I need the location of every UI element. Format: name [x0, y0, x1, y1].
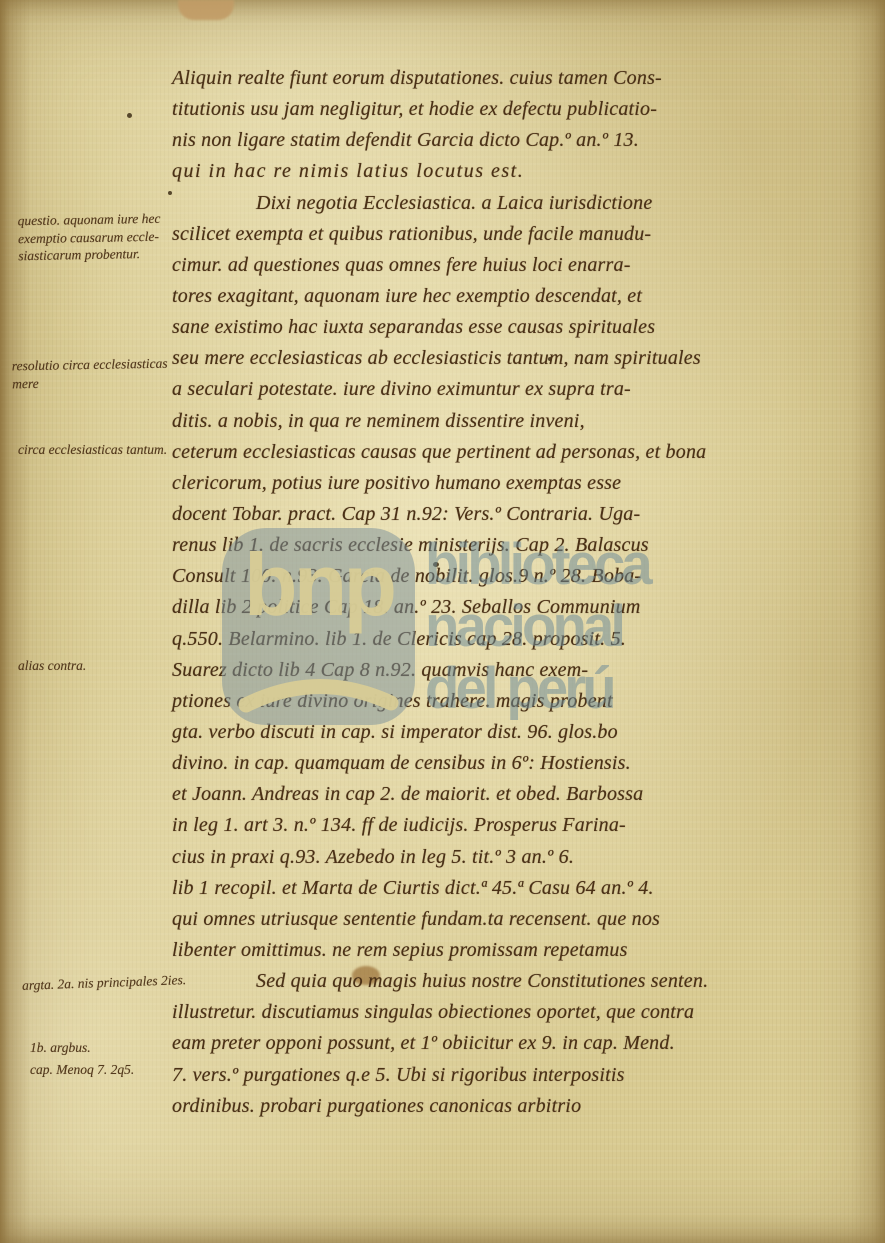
margin-note-questio: questio. aquonam iure hec exemptio causa…	[18, 210, 162, 265]
manuscript-line: ceterum ecclesiasticas causas que pertin…	[172, 437, 862, 468]
margin-note-circa: circa ecclesiasticas tantum.	[18, 441, 167, 459]
margin-note-argumenta: argta. 2a. nis principales 2ies.	[22, 971, 187, 994]
manuscript-line: a seculari potestate. iure divino eximun…	[172, 374, 862, 405]
manuscript-text-block: Aliquin realte fiunt eorum disputationes…	[172, 63, 862, 1122]
manuscript-line: renus lib 1. de sacris ecclesie minister…	[172, 530, 862, 561]
margin-note-line: mere	[12, 372, 168, 392]
manuscript-line: Suarez dicto lib 4 Cap 8 n.92. quamvis h…	[172, 655, 862, 686]
ink-speck	[127, 113, 132, 118]
margin-note-line: 1b. argbus.	[30, 1037, 134, 1059]
manuscript-line: scilicet exempta et quibus rationibus, u…	[172, 219, 862, 250]
manuscript-line: Sed quia quo magis huius nostre Constitu…	[172, 966, 862, 997]
margin-note-line: alias contra.	[18, 657, 86, 675]
manuscript-line: Aliquin realte fiunt eorum disputationes…	[172, 63, 862, 94]
manuscript-line: qui in hac re nimis latius locutus est.	[172, 156, 862, 187]
manuscript-line: 7. vers.º purgationes q.e 5. Ubi si rigo…	[172, 1060, 862, 1091]
manuscript-line: illustretur. discutiamus singulas obiect…	[172, 997, 862, 1028]
manuscript-line: sane existimo hac iuxta separandas esse …	[172, 312, 862, 343]
manuscript-line: clericorum, potius iure positivo humano …	[172, 468, 862, 499]
manuscript-line: docent Tobar. pract. Cap 31 n.92: Vers.º…	[172, 499, 862, 530]
manuscript-line: divino. in cap. quamquam de censibus in …	[172, 748, 862, 779]
margin-note-argumentum-1: 1b. argbus. cap. Menoq 7. 2q5.	[30, 1037, 134, 1081]
manuscript-line: nis non ligare statim defendit Garcia di…	[172, 125, 862, 156]
manuscript-line: lib 1 recopil. et Marta de Ciurtis dict.…	[172, 873, 862, 904]
manuscript-line: cimur. ad questiones quas omnes fere hui…	[172, 250, 862, 281]
manuscript-page: questio. aquonam iure hec exemptio causa…	[0, 0, 885, 1243]
margin-note-resolutio: resolutio circa ecclesiasticas mere	[12, 355, 168, 393]
margin-note-line: argta. 2a. nis principales 2ies.	[22, 971, 187, 994]
margin-note-alias-contra: alias contra.	[18, 657, 86, 675]
manuscript-line: ptiones ex iure divino origines trahere.…	[172, 686, 862, 717]
page-bottom-edge-shadow	[0, 1215, 885, 1243]
manuscript-line: Dixi negotia Ecclesiastica. a Laica iuri…	[172, 188, 862, 219]
margin-note-line: resolutio circa ecclesiasticas	[12, 355, 168, 375]
manuscript-line: Consult 100. n.93. Garcia de nobilit. gl…	[172, 561, 862, 592]
manuscript-line: tores exagitant, aquonam iure hec exempt…	[172, 281, 862, 312]
manuscript-line: titutionis usu jam negligitur, et hodie …	[172, 94, 862, 125]
manuscript-line: cius in praxi q.93. Azebedo in leg 5. ti…	[172, 842, 862, 873]
paper-stain	[178, 0, 234, 20]
margin-note-line: cap. Menoq 7. 2q5.	[30, 1059, 134, 1081]
manuscript-line: eam preter opponi possunt, et 1º obiicit…	[172, 1028, 862, 1059]
margin-note-line: questio. aquonam iure hec	[18, 210, 161, 230]
page-top-edge-shadow	[0, 0, 885, 24]
margin-note-line: siasticarum probentur.	[18, 245, 161, 265]
manuscript-line: libenter omittimus. ne rem sepius promis…	[172, 935, 862, 966]
manuscript-line: qui omnes utriusque sententie fundam.ta …	[172, 904, 862, 935]
manuscript-line: seu mere ecclesiasticas ab ecclesiastici…	[172, 343, 862, 374]
manuscript-line: gta. verbo discuti in cap. si imperator …	[172, 717, 862, 748]
manuscript-line: ordinibus. probari purgationes canonicas…	[172, 1091, 862, 1122]
manuscript-line: ditis. a nobis, in qua re neminem dissen…	[172, 406, 862, 437]
manuscript-line: q.550. Belarmino. lib 1. de Clericis cap…	[172, 624, 862, 655]
margin-note-line: circa ecclesiasticas tantum.	[18, 441, 167, 459]
page-left-gutter-shadow	[0, 0, 30, 1243]
manuscript-line: in leg 1. art 3. n.º 134. ff de iudicijs…	[172, 810, 862, 841]
manuscript-line: et Joann. Andreas in cap 2. de maiorit. …	[172, 779, 862, 810]
manuscript-line: dilla lib 2 politice Cap 18. an.º 23. Se…	[172, 592, 862, 623]
